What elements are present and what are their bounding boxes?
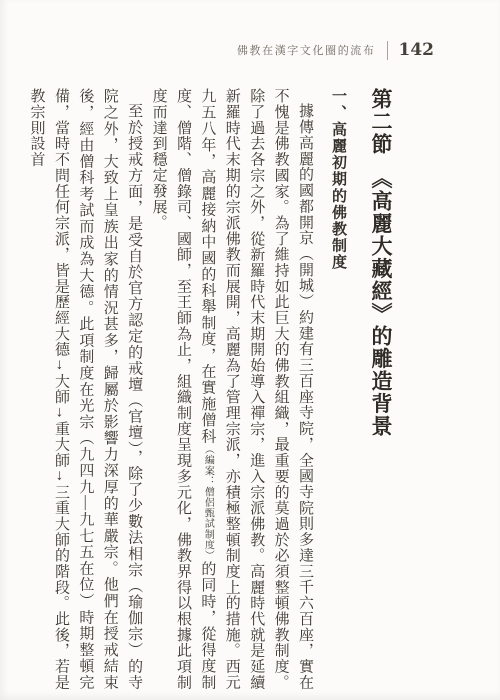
editor-inline-note: （編案：僧侶甄試制度） [202, 444, 213, 561]
page-content: 第二節 《高麗大藏經》的雕造背景 一、高麗初期的佛教制度 據傳高麗的國都開京（開… [24, 88, 396, 690]
running-head: 佛教在漢字文化圈的流布 142 [237, 40, 434, 60]
paragraph-1: 據傳高麗的國都開京（開城）約建有三百座寺院，全國寺院則多達三千六百座，實在不愧是… [146, 88, 317, 690]
page-number: 142 [399, 40, 435, 60]
running-head-title: 佛教在漢字文化圈的流布 [237, 42, 376, 58]
paragraph-2: 至於授戒方面，是受自於官方認定的戒壇（官壇），除了少數法相宗（瑜伽宗）的寺院之外… [24, 88, 146, 690]
chapter-title: 第二節 《高麗大藏經》的雕造背景 [366, 88, 396, 690]
section-heading: 一、高麗初期的佛教制度 [325, 88, 350, 690]
book-page: 佛教在漢字文化圈的流布 142 第二節 《高麗大藏經》的雕造背景 一、高麗初期的… [0, 0, 500, 700]
paragraph-1-text: 據傳高麗的國都開京（開城）約建有三百座寺院，全國寺院則多達三千六百座，實在不愧是… [199, 88, 313, 690]
header-divider [387, 41, 388, 60]
